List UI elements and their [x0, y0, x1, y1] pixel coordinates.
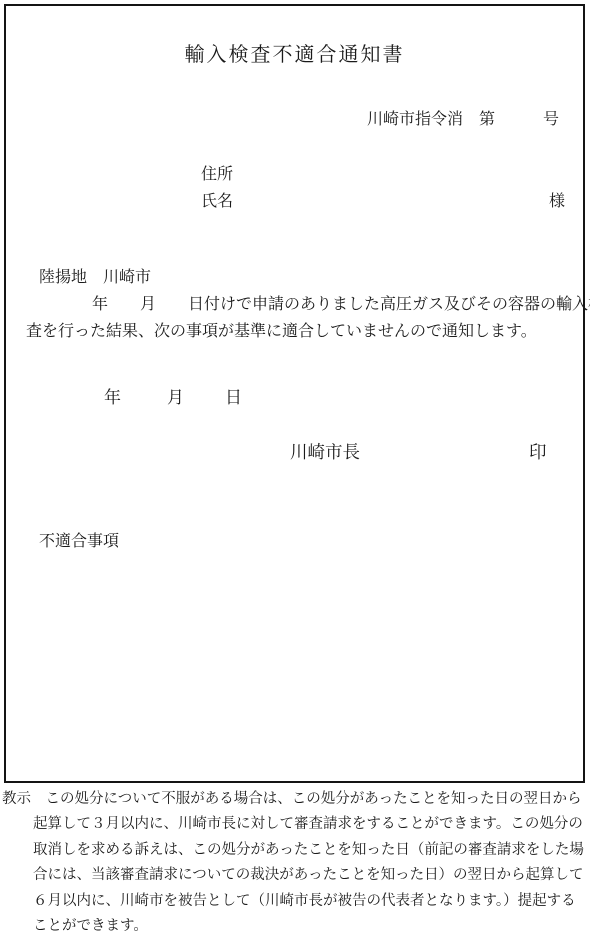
honorific-sama: 様	[549, 194, 565, 210]
reference-number: 川崎市指令消 第 号	[367, 112, 559, 128]
notice-line: ことができます。	[2, 914, 588, 937]
notice-line: 起算して３月以内に、川崎市長に対して審査請求をすることができます。この処分の	[2, 812, 588, 837]
body-paragraph-line-1: 年 月 日付けで申請のありました高圧ガス及びその容器の輸入検	[92, 297, 590, 313]
date-year-label: 年	[104, 389, 121, 406]
date-month-label: 月	[167, 389, 184, 406]
issuer-title: 川崎市長	[290, 444, 360, 462]
landing-place-line: 陸揚地 川崎市	[39, 270, 151, 286]
notice-line: ６月以内に、川崎市を被告として（川崎市長が被告の代表者となります。）提起する	[2, 889, 588, 914]
address-label: 住所	[201, 167, 233, 183]
form-border-box: 輸入検査不適合通知書 川崎市指令消 第 号 住所 氏名 様 陸揚地 川崎市 年 …	[4, 4, 585, 783]
notice-line: 教示 この処分について不服がある場合は、この処分があったことを知った日の翌日から	[2, 787, 588, 812]
appeal-notice-section: 教示 この処分について不服がある場合は、この処分があったことを知った日の翌日から…	[2, 787, 588, 937]
notice-line: 取消しを求める訴えは、この処分があったことを知った日（前記の審査請求をした場	[2, 838, 588, 863]
name-label: 氏名	[201, 194, 233, 210]
document-page: 輸入検査不適合通知書 川崎市指令消 第 号 住所 氏名 様 陸揚地 川崎市 年 …	[0, 0, 590, 937]
seal-placeholder: 印	[529, 444, 547, 462]
page-title: 輸入検査不適合通知書	[6, 45, 583, 65]
noncompliance-heading: 不適合事項	[39, 534, 119, 550]
body-paragraph-line-2: 査を行った結果、次の事項が基準に適合していませんので通知します。	[26, 324, 537, 340]
notice-line: 合には、当該審査請求についての裁決があったことを知った日）の翌日から起算して	[2, 863, 588, 888]
date-day-label: 日	[225, 389, 242, 406]
